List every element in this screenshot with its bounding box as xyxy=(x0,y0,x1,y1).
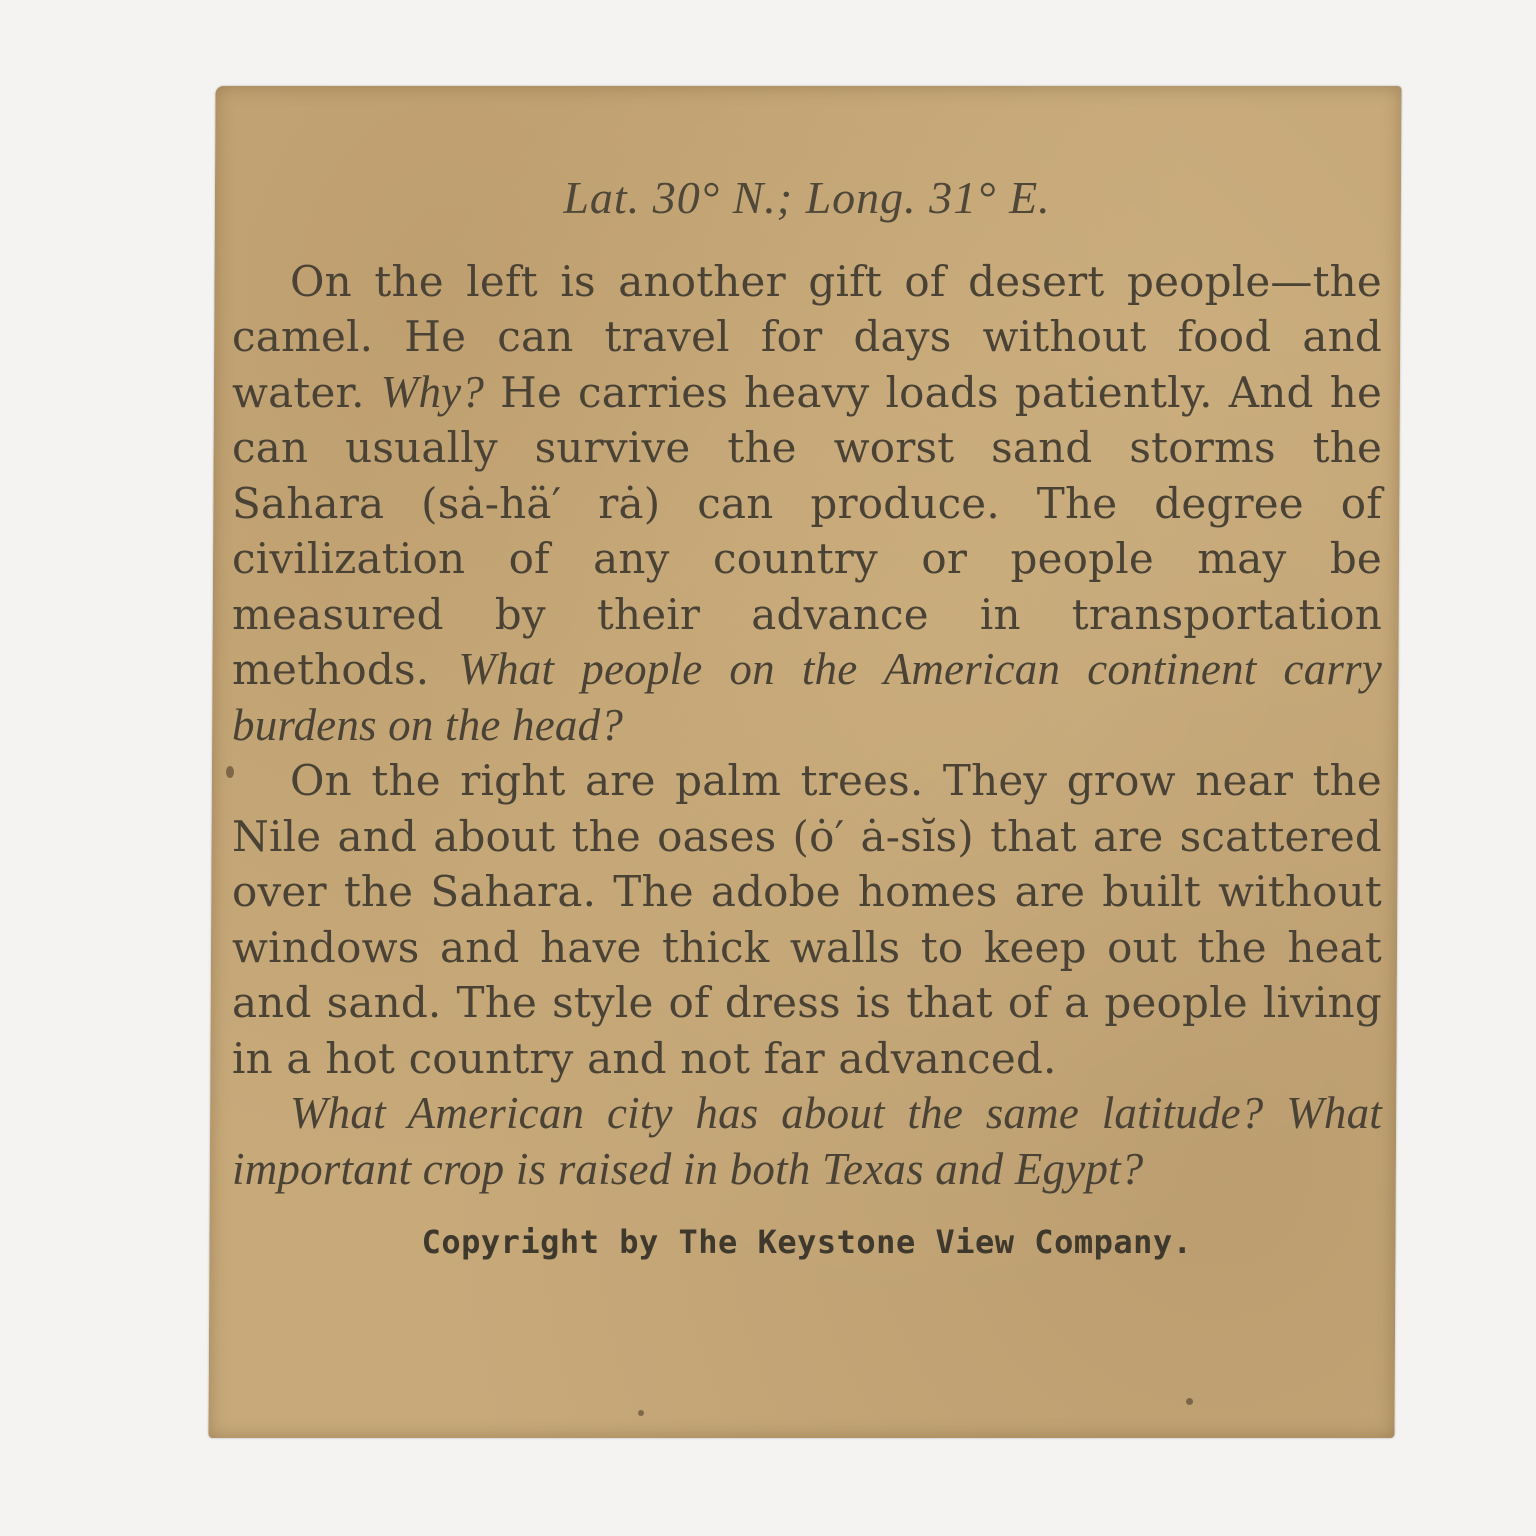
paragraph-camel: On the left is another gift of desert pe… xyxy=(232,254,1382,754)
ink-spot xyxy=(1186,1398,1193,1405)
coordinates-heading: Lat. 30° N.; Long. 31° E. xyxy=(232,170,1382,226)
paragraph-palm-trees: On the right are palm trees. They grow n… xyxy=(232,753,1382,1086)
copyright-line: Copyright by The Keystone View Company. xyxy=(232,1215,1382,1271)
question-why: Why? xyxy=(381,367,484,417)
paragraph-questions: What American city has about the same la… xyxy=(232,1086,1382,1197)
ink-spot xyxy=(638,1410,644,1416)
card-text: Lat. 30° N.; Long. 31° E. On the left is… xyxy=(232,160,1382,1271)
